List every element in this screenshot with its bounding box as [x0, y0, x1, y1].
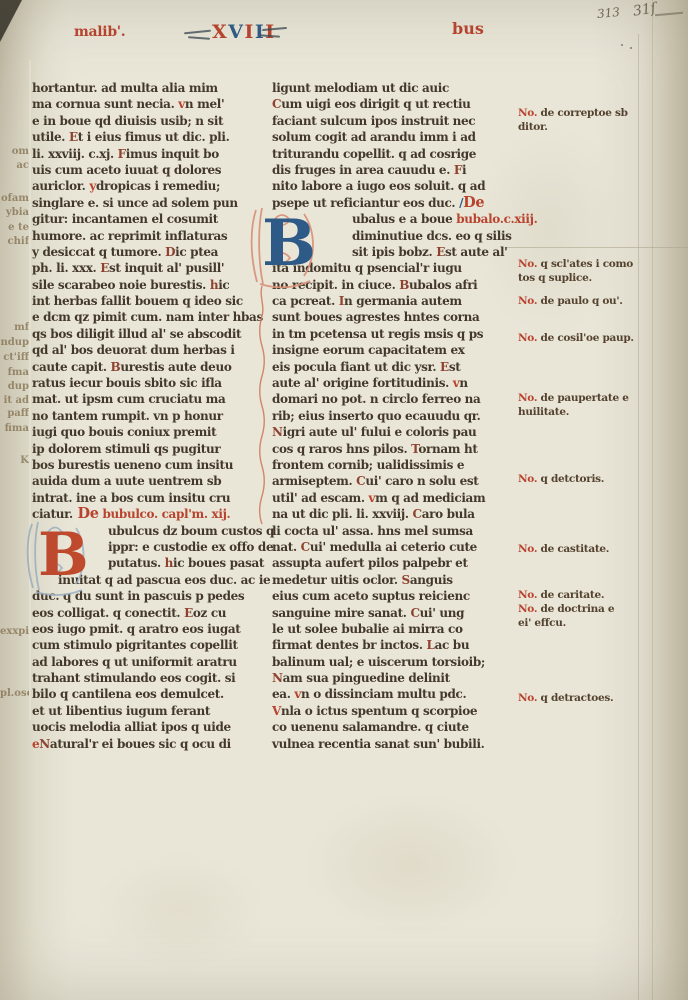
- text-segment: st inquit al' pusill': [109, 261, 224, 275]
- text-segment: um uigi eos dirigit q ut rectiu: [281, 97, 470, 111]
- text-segment: No.: [518, 473, 537, 485]
- marginalia-fragment: om: [0, 146, 29, 157]
- text-segment: ca pcreat.: [272, 294, 339, 308]
- manuscript-line: solum cogit ad arandu imm i ad: [272, 129, 518, 145]
- text-segment: de castitate.: [537, 543, 609, 555]
- text-segment: li cocta ul' assa. hns mel sumsa: [272, 524, 473, 538]
- text-segment: no tantem rumpit. vn p honur: [32, 409, 223, 423]
- text-segment: ic boues pasat: [173, 556, 264, 570]
- margin-note: No. q scl'ates i comotos q suplice.: [518, 258, 686, 285]
- text-segment: in tm pcetensa ut regis msis q ps: [272, 327, 483, 341]
- text-segment: dropicas i remediu;: [96, 179, 220, 193]
- manuscript-line: nat. Cui' medulla ai ceterio cute: [272, 539, 518, 555]
- ruling-line-horizontal: [505, 247, 688, 248]
- manuscript-line: cos q raros hns pilos. Tornam ht: [272, 441, 518, 457]
- text-segment: am sua pinguedine delinit: [283, 671, 450, 685]
- text-segment: N: [272, 671, 283, 685]
- margin-note: No. de caritate.: [518, 589, 686, 603]
- parchment-stain: [90, 850, 270, 970]
- manuscript-line: sit ipis bobz. Est aute al': [352, 244, 518, 260]
- text-segment: de correptoe sb: [537, 107, 627, 119]
- margin-note: No. de correptoe sbditor.: [518, 107, 686, 134]
- text-segment: eos iugo pmit. q aratro eos iugat: [32, 622, 240, 636]
- text-segment: humore. ac reprimit inflaturas: [32, 229, 227, 243]
- text-segment: h: [165, 556, 173, 570]
- text-segment: putatus.: [108, 556, 165, 570]
- text-segment: E: [184, 606, 193, 620]
- manuscript-line: frontem cornib; ualidissimis e: [272, 457, 518, 473]
- text-segment: int herbas fallit bouem q ideo sic: [32, 294, 243, 308]
- text-segment: dis fruges in area cauudu e.: [272, 163, 454, 177]
- marginalia-fragment: fma: [0, 367, 29, 378]
- text-segment: ma cornua sunt necia.: [32, 97, 178, 111]
- text-segment: rib; eius inserto quo ecauudu qr.: [272, 409, 480, 423]
- marginalia-fragment: e te: [0, 222, 29, 233]
- manuscript-line: mat. ut ipsm cum cruciatu ma: [32, 391, 272, 407]
- margin-note-row: No. de castitate.: [518, 543, 686, 557]
- text-segment: eis pocula fiant ut dic ysr.: [272, 360, 440, 374]
- margin-note-row: No. de caritate.: [518, 589, 686, 603]
- text-segment: diminutiue dcs. eo q silis: [352, 229, 512, 243]
- text-segment: ip dolorem stimuli qs pugitur: [32, 442, 220, 456]
- text-segment: e in boue qd diuisis usib; n sit: [32, 114, 223, 128]
- text-segment: E: [69, 130, 78, 144]
- folio-number-old: 313: [596, 5, 620, 21]
- text-segment: bilo q cantilena eos demulcet.: [32, 687, 224, 701]
- text-segment: ui' ung: [420, 606, 465, 620]
- text-segment: i: [462, 163, 466, 177]
- text-segment: util' ad escam.: [272, 491, 369, 505]
- margin-note-row: No. q detractoes.: [518, 692, 686, 706]
- text-segment: eos colligat. q conectit.: [32, 606, 184, 620]
- text-segment: t i eius fimus ut dic. pli.: [78, 130, 230, 144]
- text-segment: iugi quo bouis coniux premit: [32, 425, 216, 439]
- text-segment: cum stimulo pigritantes copellit: [32, 638, 238, 652]
- marginalia-fragment: pl.oso: [0, 688, 29, 699]
- text-segment: D: [165, 245, 175, 259]
- text-segment: F: [118, 147, 126, 161]
- margin-note: No. de castitate.: [518, 543, 686, 557]
- text-segment: assupta aufert pilos palpebr et: [272, 556, 468, 570]
- right-text-column: ligunt melodiam ut dic auicCum uigi eos …: [272, 80, 518, 752]
- marginalia-fragment: ac: [0, 160, 29, 171]
- manuscript-line: y desiccat q tumore. Dic ptea: [32, 244, 272, 260]
- text-segment: ad labores q ut uniformit aratru: [32, 655, 237, 669]
- running-title-right: bus: [452, 19, 484, 38]
- text-segment: I: [245, 21, 255, 43]
- marginalia-fragment: it ad: [0, 395, 29, 406]
- text-segment: gitur: incantamen el cosumit: [32, 212, 218, 226]
- marginalia-fragment: paff: [0, 408, 29, 419]
- manuscript-line: co uenenu salamandre. q ciute: [272, 719, 518, 735]
- text-segment: nla o ictus spentum q scorpioe: [281, 704, 477, 718]
- text-segment: sile scarabeo noie burestis.: [32, 278, 210, 292]
- margin-note-row: No. de correptoe sb: [518, 107, 686, 121]
- text-segment: bubalo.c.xiij.: [452, 212, 537, 226]
- text-segment: ratus iecur bouis sbito sic ifla: [32, 376, 222, 390]
- manuscript-line: sunt boues agrestes hntes corna: [272, 309, 518, 325]
- marginalia-fragment: chif: [0, 236, 29, 247]
- manuscript-line: Nam sua pinguedine delinit: [272, 670, 518, 686]
- manuscript-line: cum stimulo pigritantes copellit: [32, 637, 272, 653]
- manuscript-line: armiseptem. Cui' caro n solu est: [272, 473, 518, 489]
- text-segment: de cosil'oe paup.: [537, 332, 634, 344]
- text-segment: E: [436, 245, 445, 259]
- manuscript-line: nito labore a iugo eos soluit. q ad: [272, 178, 518, 194]
- text-segment: insigne eorum capacitatem ex: [272, 343, 465, 357]
- manuscript-line: gitur: incantamen el cosumit: [32, 211, 272, 227]
- text-segment: oz cu: [193, 606, 226, 620]
- manuscript-line: caute capit. Burestis aute deuo: [32, 359, 272, 375]
- text-segment: q detctoris.: [537, 473, 604, 485]
- manuscript-line: ma cornua sunt necia. vn mel': [32, 96, 272, 112]
- text-segment: m q ad mediciam: [375, 491, 485, 505]
- text-segment: I: [265, 21, 275, 43]
- text-segment: vulnea recentia sanat sun' bubili.: [272, 737, 485, 751]
- manuscript-line: bilo q cantilena eos demulcet.: [32, 686, 272, 702]
- text-segment: de caritate.: [537, 589, 604, 601]
- manuscript-line: le ut solee bubalie ai mirra co: [272, 621, 518, 637]
- manuscript-line: intrat. ine a bos cum insitu cru: [32, 490, 272, 506]
- text-segment: uocis melodia alliat ipos q uide: [32, 720, 231, 734]
- text-segment: B: [399, 278, 409, 292]
- manuscript-line: singlare e. si unce ad solem pun: [32, 195, 272, 211]
- manuscript-line: ph. li. xxx. Est inquit al' pusill': [32, 260, 272, 276]
- marginalia-fragment: K: [0, 455, 29, 466]
- manuscript-line: ubulcus dz boum custos q: [108, 523, 272, 539]
- manuscript-line: no tantem rumpit. vn p honur: [32, 408, 272, 424]
- marginalia-fragment: dup: [0, 381, 29, 392]
- text-segment: ligunt melodiam ut dic auic: [272, 81, 449, 95]
- manuscript-line: ubalus e a boue bubalo.c.xiij.: [352, 211, 518, 227]
- text-segment: et ut libentius iugum ferant: [32, 704, 210, 718]
- margin-note-row: ei' effcu.: [518, 617, 686, 631]
- margin-note-row: ditor.: [518, 121, 686, 135]
- ruling-line-vertical: [638, 34, 639, 1000]
- book-number-roman: XVIII: [212, 21, 276, 43]
- manuscript-line: ratus iecur bouis sbito sic ifla: [32, 375, 272, 391]
- manuscript-line: sile scarabeo noie burestis. hic: [32, 277, 272, 293]
- manuscript-line: Cum uigi eos dirigit q ut rectiu: [272, 96, 518, 112]
- manuscript-line: hortantur. ad multa alia mim: [32, 80, 272, 96]
- text-segment: uis cum aceto iuuat q dolores: [32, 163, 221, 177]
- manuscript-line: ca pcreat. In germania autem: [272, 293, 518, 309]
- text-segment: ornam ht: [418, 442, 477, 456]
- manuscript-line: aute al' origine fortitudinis. vn: [272, 375, 518, 391]
- manuscript-line: medetur uitis oclor. Sanguis: [272, 572, 518, 588]
- text-segment: anguis: [410, 573, 453, 587]
- manuscript-line: auida dum a uute uentrem sb: [32, 473, 272, 489]
- text-segment: C: [413, 507, 422, 521]
- manuscript-line: in tm pcetensa ut regis msis q ps: [272, 326, 518, 342]
- text-segment: eius cum aceto suptus reicienc: [272, 589, 470, 603]
- text-segment: F: [454, 163, 462, 177]
- manuscript-line: rib; eius inserto quo ecauudu qr.: [272, 408, 518, 424]
- manuscript-line: e in boue qd diuisis usib; n sit: [32, 113, 272, 129]
- marginalia-fragment: ndup: [0, 337, 29, 348]
- text-segment: No.: [518, 107, 537, 119]
- margin-note: No. de paupertate ehuilitate.: [518, 392, 686, 419]
- manuscript-line: qs bos diligit illud al' se abscodit: [32, 326, 272, 342]
- ink-dots: [621, 44, 623, 46]
- manuscript-line: trahant stimulando eos cogit. si: [32, 670, 272, 686]
- manuscript-line: qd al' bos deuorat dum herbas i: [32, 342, 272, 358]
- manuscript-line: ippr: e custodie ex offo de: [108, 539, 272, 555]
- text-segment: e dcm qz pimit cum. nam inter hbas: [32, 310, 263, 324]
- manuscript-line: uis cum aceto iuuat q dolores: [32, 162, 272, 178]
- manuscript-line: eis pocula fiant ut dic ysr. Est: [272, 359, 518, 375]
- margin-note-row: No. de doctrina e: [518, 603, 686, 617]
- text-segment: No.: [518, 603, 537, 615]
- text-segment: sanguine mire sanat.: [272, 606, 410, 620]
- manuscript-line: faciant sulcum ipos instruit nec: [272, 113, 518, 129]
- manuscript-line: et ut libentius iugum ferant: [32, 703, 272, 719]
- manuscript-line: humore. ac reprimit inflaturas: [32, 228, 272, 244]
- text-segment: aro bula: [422, 507, 475, 521]
- parchment-crease: [29, 60, 31, 720]
- text-segment: imus inquit bo: [126, 147, 219, 161]
- text-segment: C: [272, 97, 281, 111]
- header-flourish: [184, 30, 211, 35]
- running-title-left: malib'.: [74, 24, 125, 40]
- folio-pen-flourish: [655, 12, 683, 16]
- text-segment: sit ipis bobz.: [352, 245, 436, 259]
- margin-note-row: No. de paulo q ou'.: [518, 295, 686, 309]
- text-segment: co uenenu salamandre. q ciute: [272, 720, 469, 734]
- text-segment: n mel': [185, 97, 224, 111]
- text-segment: C: [356, 474, 365, 488]
- text-segment: ubalos afri: [409, 278, 477, 292]
- text-segment: huilitate.: [518, 406, 569, 418]
- text-segment: No.: [518, 258, 537, 270]
- text-segment: na ut dic pli. li. xxviij.: [272, 507, 413, 521]
- text-segment: bubulco. capl'm. xij.: [99, 507, 231, 521]
- text-segment: de paulo q ou'.: [537, 295, 622, 307]
- manuscript-line: firmat dentes br inctos. Lac bu: [272, 637, 518, 653]
- manuscript-line: domari no pot. n circlo ferreo na: [272, 391, 518, 407]
- manuscript-line: ad labores q ut uniformit aratru: [32, 654, 272, 670]
- manuscript-line: putatus. hic boues pasat: [108, 555, 272, 571]
- text-segment: n: [459, 376, 467, 390]
- text-segment: intrat. ine a bos cum insitu cru: [32, 491, 230, 505]
- text-segment: /: [455, 196, 463, 210]
- text-segment: ditor.: [518, 121, 548, 133]
- margin-note-row: No. de cosil'oe paup.: [518, 332, 686, 346]
- margin-note-row: No. q scl'ates i como: [518, 258, 686, 272]
- marginalia-fragment: ofam: [0, 193, 29, 204]
- text-segment: nito labore a iugo eos soluit. q ad: [272, 179, 485, 193]
- text-segment: sunt boues agrestes hntes corna: [272, 310, 479, 324]
- marginalia-fragment: fima: [0, 423, 29, 434]
- text-segment: C: [410, 606, 419, 620]
- marginalia-fragment: exxpi: [0, 626, 29, 637]
- manuscript-line: eNatural'r ei boues sic q ocu di: [32, 736, 272, 752]
- text-segment: firmat dentes br inctos.: [272, 638, 427, 652]
- text-segment: solum cogit ad arandu imm i ad: [272, 130, 476, 144]
- text-segment: No.: [518, 589, 537, 601]
- manuscript-line: sanguine mire sanat. Cui' ung: [272, 605, 518, 621]
- text-segment: V: [272, 704, 281, 718]
- marginalia-fragment: ct'iff: [0, 352, 29, 363]
- margin-note-row: huilitate.: [518, 406, 686, 420]
- manuscript-line: int herbas fallit bouem q ideo sic: [32, 293, 272, 309]
- text-segment: E: [440, 360, 449, 374]
- margin-note-row: No. de paupertate e: [518, 392, 686, 406]
- text-segment: igri aute ul' fului e coloris pau: [283, 425, 477, 439]
- text-segment: ac bu: [435, 638, 470, 652]
- text-segment: ea.: [272, 687, 294, 701]
- text-segment: y desiccat q tumore.: [32, 245, 165, 259]
- text-segment: triturandu copellit. q ad cosrige: [272, 147, 476, 161]
- text-segment: balinum ual; e uiscerum torsioib;: [272, 655, 485, 669]
- text-segment: I: [255, 21, 265, 43]
- text-segment: V: [228, 21, 244, 43]
- margin-note: No. de doctrina eei' effcu.: [518, 603, 686, 630]
- text-segment: atural'r ei boues sic q ocu di: [50, 737, 231, 751]
- manuscript-line: ip dolorem stimuli qs pugitur: [32, 441, 272, 457]
- margin-note: No. q detractoes.: [518, 692, 686, 706]
- text-segment: aute al' origine fortitudinis.: [272, 376, 453, 390]
- text-segment: le ut solee bubalie ai mirra co: [272, 622, 463, 636]
- text-segment: armiseptem.: [272, 474, 356, 488]
- manuscript-line: util' ad escam. vm q ad mediciam: [272, 490, 518, 506]
- text-segment: cos q raros hns pilos.: [272, 442, 411, 456]
- initial-letter: B: [262, 204, 316, 284]
- manuscript-line: e dcm qz pimit cum. nam inter hbas: [32, 309, 272, 325]
- manuscript-line: Vnla o ictus spentum q scorpioe: [272, 703, 518, 719]
- text-segment: No.: [518, 295, 537, 307]
- text-segment: ubalus e a boue: [352, 212, 452, 226]
- left-text-column: hortantur. ad multa alia mimma cornua su…: [32, 80, 272, 752]
- text-segment: h: [210, 278, 218, 292]
- text-segment: li. xxviij. c.xj.: [32, 147, 118, 161]
- text-segment: bos burestis ueneno cum insitu: [32, 458, 233, 472]
- header-flourish: [188, 36, 210, 40]
- text-segment: De: [463, 194, 484, 211]
- text-segment: ubulcus dz boum custos q: [108, 524, 274, 538]
- manuscript-line: na ut dic pli. li. xxviij. Caro bula: [272, 506, 518, 522]
- manuscript-line: li. xxviij. c.xj. Fimus inquit bo: [32, 146, 272, 162]
- manuscript-line: eos colligat. q conectit. Eoz cu: [32, 605, 272, 621]
- text-segment: mat. ut ipsm cum cruciatu ma: [32, 392, 225, 406]
- text-segment: No.: [518, 692, 537, 704]
- page-edge-line: [652, 0, 653, 1000]
- text-segment: B: [111, 360, 121, 374]
- manuscript-page: malib'. XVIII bus 313 31ſ hortantur. ad …: [0, 0, 688, 1000]
- text-segment: faciant sulcum ipos instruit nec: [272, 114, 475, 128]
- text-segment: tos q suplice.: [518, 272, 592, 284]
- text-segment: qd al' bos deuorat dum herbas i: [32, 343, 235, 357]
- text-segment: ui' medulla ai ceterio cute: [310, 540, 477, 554]
- margin-note-row: tos q suplice.: [518, 272, 686, 286]
- manuscript-line: bos burestis ueneno cum insitu: [32, 457, 272, 473]
- text-segment: caute capit.: [32, 360, 111, 374]
- text-segment: n germania autem: [344, 294, 462, 308]
- marginalia-fragment: mf: [0, 322, 29, 333]
- margin-note-row: No. q detctoris.: [518, 473, 686, 487]
- manuscript-line: assupta aufert pilos palpebr et: [272, 555, 518, 571]
- manuscript-line: utile. Et i eius fimus ut dic. pli.: [32, 129, 272, 145]
- text-segment: ui' caro n solu est: [365, 474, 478, 488]
- text-segment: S: [402, 573, 410, 587]
- text-segment: No.: [518, 332, 537, 344]
- text-segment: q detractoes.: [537, 692, 613, 704]
- text-segment: L: [427, 638, 435, 652]
- text-segment: singlare e. si unce ad solem pun: [32, 196, 238, 210]
- text-segment: No.: [518, 392, 537, 404]
- manuscript-line: dis fruges in area cauudu e. Fi: [272, 162, 518, 178]
- text-segment: trahant stimulando eos cogit. si: [32, 671, 235, 685]
- manuscript-line: uocis melodia alliat ipos q uide: [32, 719, 272, 735]
- text-segment: y: [89, 179, 96, 193]
- manuscript-line: balinum ual; e uiscerum torsioib;: [272, 654, 518, 670]
- text-segment: medetur uitis oclor.: [272, 573, 402, 587]
- manuscript-line: eos iugo pmit. q aratro eos iugat: [32, 621, 272, 637]
- marginalia-fragment: ybia: [0, 207, 29, 218]
- text-segment: ippr: e custodie ex offo de: [108, 540, 273, 554]
- text-segment: urestis aute deuo: [120, 360, 231, 374]
- text-segment: N: [39, 737, 50, 751]
- text-segment: n o dissinciam multu pdc.: [301, 687, 466, 701]
- manuscript-line: iugi quo bouis coniux premit: [32, 424, 272, 440]
- manuscript-line: auriclor. ydropicas i remediu;: [32, 178, 272, 194]
- text-segment: ic ptea: [175, 245, 218, 259]
- manuscript-line: diminutiue dcs. eo q silis: [352, 228, 518, 244]
- text-segment: C: [301, 540, 310, 554]
- text-segment: de paupertate e: [537, 392, 628, 404]
- decorated-initial-left: B: [24, 518, 104, 596]
- text-segment: frontem cornib; ualidissimis e: [272, 458, 464, 472]
- text-segment: ei' effcu.: [518, 617, 566, 629]
- text-segment: auida dum a uute uentrem sb: [32, 474, 221, 488]
- text-segment: utile.: [32, 130, 69, 144]
- margin-note: No. de paulo q ou'.: [518, 295, 686, 309]
- text-segment: qs bos diligit illud al' se abscodit: [32, 327, 241, 341]
- margin-note: No. q detctoris.: [518, 473, 686, 487]
- manuscript-line: ea. vn o dissinciam multu pdc.: [272, 686, 518, 702]
- text-segment: st aute al': [445, 245, 508, 259]
- text-segment: v: [178, 97, 185, 111]
- text-segment: X: [212, 21, 228, 43]
- text-segment: auriclor.: [32, 179, 89, 193]
- text-segment: hortantur. ad multa alia mim: [32, 81, 218, 95]
- text-segment: E: [100, 261, 109, 275]
- manuscript-line: ligunt melodiam ut dic auic: [272, 80, 518, 96]
- manuscript-line: li cocta ul' assa. hns mel sumsa: [272, 523, 518, 539]
- text-segment: q scl'ates i como: [537, 258, 633, 270]
- manuscript-line: insigne eorum capacitatem ex: [272, 342, 518, 358]
- decorated-initial-right: B: [246, 204, 332, 288]
- margin-note: No. de cosil'oe paup.: [518, 332, 686, 346]
- initial-letter: B: [38, 518, 89, 592]
- filigree-tail: [256, 286, 268, 526]
- photo-background-corner: [0, 0, 22, 42]
- manuscript-line: vulnea recentia sanat sun' bubili.: [272, 736, 518, 752]
- text-segment: No.: [518, 543, 537, 555]
- parchment-stain: [300, 790, 520, 940]
- text-segment: v: [294, 687, 301, 701]
- manuscript-line: Nigri aute ul' fului e coloris pau: [272, 424, 518, 440]
- folio-number-new: 31ſ: [632, 0, 657, 19]
- text-segment: de doctrina e: [537, 603, 614, 615]
- text-segment: st: [449, 360, 461, 374]
- text-segment: ph. li. xxx.: [32, 261, 100, 275]
- manuscript-line: triturandu copellit. q ad cosrige: [272, 146, 518, 162]
- manuscript-line: eius cum aceto suptus reicienc: [272, 588, 518, 604]
- text-segment: N: [272, 425, 283, 439]
- text-segment: nat.: [272, 540, 301, 554]
- text-segment: ic: [218, 278, 229, 292]
